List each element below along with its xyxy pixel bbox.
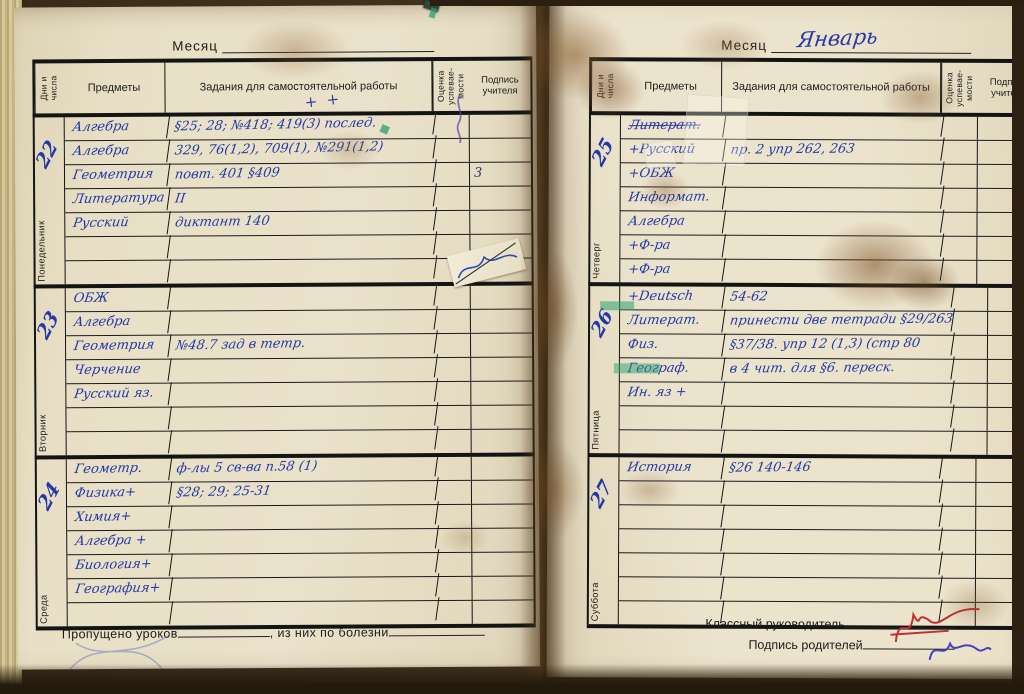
day-rows: ОБЖ Алгебра Геометрия №48.7 зад в тетр. … (66, 285, 533, 455)
grade-cell (951, 408, 988, 431)
grade-cell (435, 553, 472, 576)
day-date-handwritten: 22 (32, 136, 62, 172)
task-cell (721, 576, 943, 601)
subject-cell: Русский яз. (66, 382, 171, 407)
table-row (620, 406, 1018, 432)
grade-cell (952, 288, 989, 311)
grade-cell (951, 336, 988, 359)
subject-cell: Геометр. (67, 457, 172, 482)
day-margin-cell: 27 Суббота (589, 457, 620, 624)
table-row: Литерат. (621, 115, 1018, 141)
task-cell: принести две тетради §29/263 (722, 309, 955, 334)
table-row: Алгебра (620, 211, 1017, 237)
table-row: +Ф-ра (620, 259, 1017, 284)
task-cell (722, 258, 944, 283)
subject-cell: +Ф-ра (620, 234, 726, 258)
task-cell (169, 426, 439, 454)
diary-photo: Месяц + + Дни и числа Предметы Задания д… (0, 0, 1024, 694)
day-label: Четверг (591, 242, 601, 279)
subject-cell (67, 406, 172, 431)
task-cell: §37/38. упр 12 (1,3) (стр 80 (722, 333, 955, 358)
task-cell (721, 504, 943, 529)
grade-cell (433, 187, 470, 210)
subject-cell: Алгебра + (67, 529, 172, 554)
grade-cell (941, 189, 978, 212)
table-row: История §26 140-146 (619, 457, 1017, 483)
task-cell (722, 429, 955, 454)
grade-cell (433, 211, 470, 234)
table-header: Дни и числа Предметы Задания для самосто… (589, 61, 1017, 117)
subject-cell (68, 601, 173, 626)
month-label: Месяц (721, 38, 767, 53)
task-cell (722, 234, 944, 259)
subject-cell: География+ (68, 577, 173, 602)
grade-cell (434, 286, 471, 309)
table-row: +Ф-ра (620, 235, 1017, 261)
grade-cell (940, 213, 977, 236)
grade-cell (939, 459, 976, 482)
day-margin-cell: 23 Вторник (36, 288, 67, 455)
book-shadow (0, 664, 1024, 694)
task-cell (722, 210, 944, 235)
subject-cell: Русский (65, 211, 170, 236)
subject-cell: +Ф-ра (620, 258, 726, 282)
day-section: 25 Четверг Литерат. +Русский пр. 2 упр 2… (588, 115, 1017, 288)
grade-cell (951, 312, 988, 335)
task-cell: в 4 чит. для §6. переск. (722, 357, 955, 382)
subject-cell: Черчение (66, 358, 171, 383)
green-marker-stroke (614, 363, 660, 373)
purple-pen-mark (453, 93, 467, 145)
day-date-handwritten: 26 (587, 305, 617, 341)
task-cell: §26 140-146 (721, 456, 943, 481)
month-underline (223, 38, 435, 53)
header-grade-col: Оценка успевае-мости (941, 63, 978, 113)
subject-cell: Алгебра (65, 139, 170, 164)
subject-cell: +Deutsch (620, 285, 726, 309)
book-spine-shadow (520, 0, 566, 694)
day-label: Вторник (37, 415, 47, 453)
parents-label: Подпись родителей (748, 637, 862, 651)
day-label: Суббота (590, 582, 600, 621)
grade-cell (433, 163, 470, 186)
task-cell: 54-62 (722, 285, 955, 310)
tape-patch (643, 140, 676, 170)
grade-cell (951, 360, 988, 383)
day-margin-cell: 25 Четверг (590, 115, 621, 282)
task-cell (721, 480, 943, 505)
grade-cell (435, 481, 472, 504)
diary-right-page: Месяц Январь Дни и числа Предметы Задани… (547, 1, 1018, 679)
day-section: 24 Среда Геометр. ф-лы 5 св-ва п.58 (1) … (35, 456, 536, 626)
task-cell (722, 405, 955, 430)
header-tasks-col: Задания для самостоятельной работы (722, 62, 941, 113)
day-date-handwritten: 24 (34, 478, 64, 514)
table-row (619, 481, 1017, 507)
grade-cell (951, 384, 988, 407)
subject-cell (619, 552, 725, 576)
day-date-handwritten: 25 (588, 134, 618, 170)
task-cell (168, 255, 438, 283)
header-tasks-col: Задания для самостоятельной работы (165, 61, 432, 113)
grade-cell (434, 310, 471, 333)
subject-cell (620, 429, 726, 453)
background-edge (430, 0, 1024, 6)
table-row (619, 505, 1017, 531)
day-margin-cell: 24 Среда (37, 459, 68, 626)
grade-cell (941, 165, 978, 188)
subject-cell: Алгебра (65, 115, 170, 140)
day-section: 23 Вторник ОБЖ Алгебра Геометрия №48.7 з… (34, 285, 535, 459)
month-label: Месяц (172, 38, 218, 53)
day-rows: Литерат. +Русский пр. 2 упр 262, 263 +ОБ… (620, 115, 1017, 284)
table-row: Географ. в 4 чит. для §6. переск. (620, 358, 1018, 384)
subject-cell (619, 504, 725, 528)
table-row (619, 529, 1017, 555)
grade-cell (951, 432, 988, 455)
subject-cell: ОБЖ (66, 286, 171, 311)
subject-cell: Физика+ (67, 481, 172, 506)
table-row (67, 429, 533, 455)
grade-cell (940, 261, 977, 284)
day-date-handwritten: 27 (586, 476, 616, 512)
tape-patch (682, 94, 749, 168)
subject-cell (619, 576, 725, 600)
task-cell (723, 114, 945, 139)
subject-cell: Литература (65, 187, 170, 212)
table-row: Информат. (621, 187, 1018, 213)
task-cell (723, 186, 945, 211)
table-row: +Deutsch 54-62 (620, 286, 1017, 312)
by-illness-label: , из них по болезни (270, 625, 389, 640)
day-date-handwritten: 23 (33, 307, 63, 343)
header-subjects-col: Предметы (63, 63, 165, 114)
grade-cell (435, 505, 472, 528)
table-row: Ин. яз + (620, 382, 1018, 408)
grade-cell (939, 531, 976, 554)
grade-cell (434, 358, 471, 381)
day-rows: Геометр. ф-лы 5 св-ва п.58 (1) Физика+ §… (67, 456, 534, 626)
task-cell (170, 597, 440, 625)
subject-cell (620, 405, 726, 429)
diary-left-page: Месяц + + Дни и числа Предметы Задания д… (14, 4, 540, 669)
grade-cell (436, 601, 473, 624)
green-marker-stroke (600, 301, 634, 310)
grade-cell (434, 406, 471, 429)
day-rows: +Deutsch 54-62 Литерат. принести две тет… (620, 286, 1018, 455)
table-row (619, 553, 1018, 579)
task-cell (721, 552, 943, 577)
table-row: +ОБЖ (621, 163, 1018, 189)
task-cell (723, 162, 945, 187)
task-cell (722, 381, 955, 406)
day-label: Понедельник (36, 220, 46, 281)
table-row (620, 430, 1018, 455)
grade-cell (434, 334, 471, 357)
subject-cell: Литерат. (620, 309, 726, 333)
subject-cell: Информат. (621, 186, 727, 210)
grade-cell (435, 577, 472, 600)
subject-cell: Геометрия (65, 163, 170, 188)
day-margin-cell: 22 Понедельник (35, 117, 66, 284)
header-days-col: Дни и числа (591, 61, 620, 111)
day-sections: 22 Понедельник Алгебра §25; 28; №418; 41… (33, 114, 536, 626)
subject-cell: Биология+ (67, 553, 172, 578)
grade-cell (941, 117, 978, 140)
grade-cell (434, 382, 471, 405)
day-label: Среда (39, 594, 49, 624)
subject-cell: Геометрия (66, 334, 171, 359)
table-row: Литерат. принести две тетради §29/263 (620, 310, 1017, 336)
table-row: +Русский пр. 2 упр 262, 263 (621, 139, 1018, 165)
subject-cell (67, 430, 172, 455)
teacher-label: Классный руководитель (705, 617, 844, 632)
day-label: Пятница (591, 411, 601, 451)
subject-cell: Ин. яз + (620, 381, 726, 405)
subject-cell: Химия+ (67, 505, 172, 530)
subject-cell: История (619, 456, 725, 480)
grade-cell (940, 237, 977, 260)
grade-cell (941, 141, 978, 164)
grade-cell (939, 483, 976, 506)
task-cell (721, 528, 943, 553)
cover-edge (1012, 0, 1024, 694)
subject-cell: Алгебра (66, 310, 171, 335)
grade-cell (435, 430, 472, 453)
month-line: Месяц (172, 37, 435, 54)
parents-signature (923, 629, 996, 668)
subject-cell: Физ. (620, 333, 726, 357)
grade-cell (939, 555, 976, 578)
grade-cell (939, 507, 976, 530)
table-row: Физ. §37/38. упр 12 (1,3) (стр 80 (620, 334, 1018, 360)
grade-cell (435, 529, 472, 552)
subject-cell (619, 480, 725, 504)
grade-cell (435, 457, 472, 480)
month-value-handwritten: Январь (796, 24, 879, 52)
header-days-col: Дни и числа (34, 63, 63, 113)
task-cell: пр. 2 упр 262, 263 (723, 138, 945, 163)
subject-cell (66, 259, 171, 284)
subject-cell: +ОБЖ (621, 162, 727, 186)
subject-cell (619, 528, 725, 552)
subject-cell: Алгебра (620, 210, 726, 234)
subject-cell (66, 235, 171, 260)
